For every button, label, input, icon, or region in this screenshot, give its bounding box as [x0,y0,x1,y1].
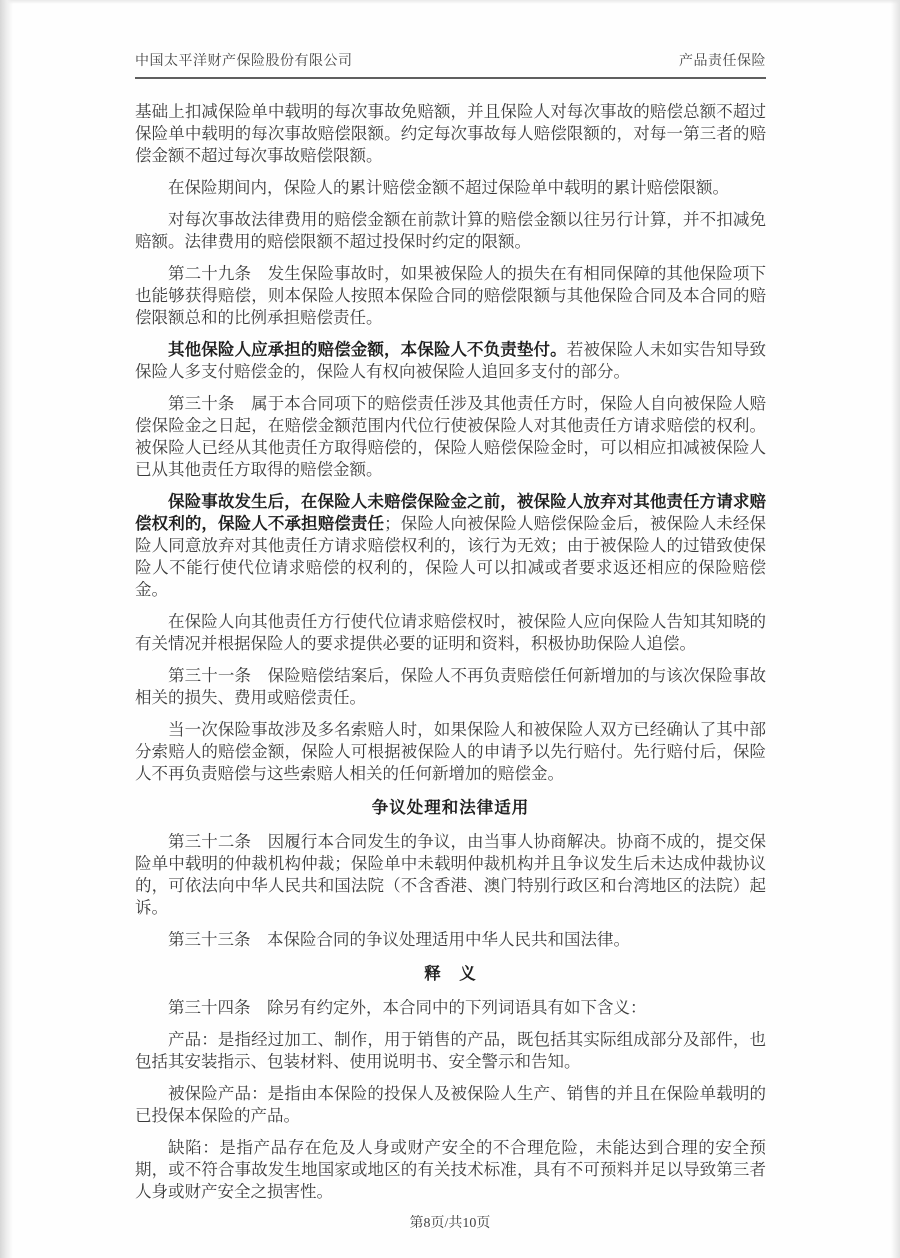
page-number: 第8页/共10页 [0,1212,900,1232]
paragraph: 对每次事故法律费用的赔偿金额在前款计算的赔偿金额以往另行计算，并不扣减免赔额。法… [135,209,766,253]
paragraph: 基础上扣减保险单中载明的每次事故免赔额，并且保险人对每次事故的赔偿总额不超过保险… [135,101,766,167]
paragraph: 第三十三条 本保险合同的争议处理适用中华人民共和国法律。 [135,929,766,951]
paragraph: 产品：是指经过加工、制作，用于销售的产品，既包括其实际组成部分及部件，也包括其安… [135,1029,766,1073]
paragraph: 其他保险人应承担的赔偿金额，本保险人不负责垫付。若被保险人未如实告知导致保险人多… [135,339,766,383]
section-heading: 释 义 [135,963,766,985]
scan-edge-right [891,0,900,1258]
scan-edge-top [0,0,900,4]
scan-edge-left [0,0,13,1258]
paragraph: 第三十二条 因履行本合同发生的争议，由当事人协商解决。协商不成的，提交保险单中载… [135,831,766,919]
paragraph: 第二十九条 发生保险事故时，如果被保险人的损失在有相同保障的其他保险项下也能够获… [135,263,766,329]
document-header: 中国太平洋财产保险股份有限公司 产品责任保险 [135,50,766,79]
paragraph: 当一次保险事故涉及多名索赔人时，如果保险人和被保险人双方已经确认了其中部分索赔人… [135,719,766,785]
paragraph: 第三十条 属于本合同项下的赔偿责任涉及其他责任方时，保险人自向被保险人赔偿保险金… [135,393,766,481]
paragraph: 被保险产品：是指由本保险的投保人及被保险人生产、销售的并且在保险单载明的已投保本… [135,1083,766,1127]
header-company-name: 中国太平洋财产保险股份有限公司 [135,50,353,70]
paragraph: 保险事故发生后，在保险人未赔偿保险金之前，被保险人放弃对其他责任方请求赔偿权利的… [135,491,766,601]
paragraph: 在保险期间内，保险人的累计赔偿金额不超过保险单中载明的累计赔偿限额。 [135,177,766,199]
section-heading: 争议处理和法律适用 [135,797,766,819]
paragraph: 缺陷：是指产品存在危及人身或财产安全的不合理危险，未能达到合理的安全预期，或不符… [135,1137,766,1203]
document-body: 基础上扣减保险单中载明的每次事故免赔额，并且保险人对每次事故的赔偿总额不超过保险… [135,101,766,1213]
paragraph: 第三十四条 除另有约定外，本合同中的下列词语具有如下含义： [135,997,766,1019]
header-doc-type: 产品责任保险 [679,50,766,70]
document-page: 中国太平洋财产保险股份有限公司 产品责任保险 基础上扣减保险单中载明的每次事故免… [0,0,900,1258]
paragraph: 在保险人向其他责任方行使代位请求赔偿权时，被保险人应向保险人告知其知晓的有关情况… [135,611,766,655]
paragraph: 第三十一条 保险赔偿结案后，保险人不再负责赔偿任何新增加的与该次保险事故相关的损… [135,665,766,709]
